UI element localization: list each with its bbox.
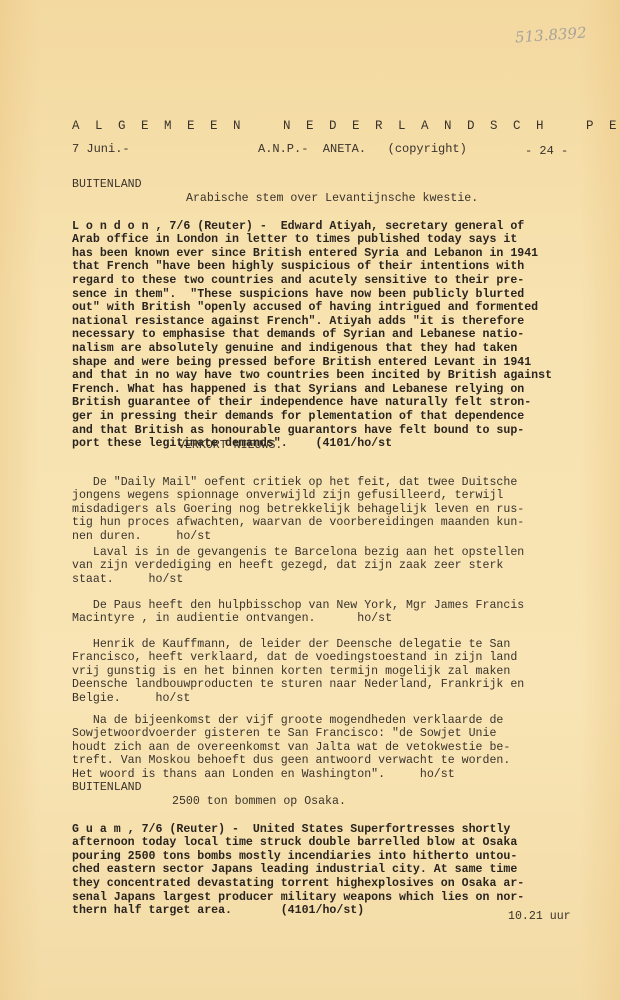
news-item-sowjet: Na de bijeenkomst der vijf groote mogend… <box>72 700 602 795</box>
text-line: Francisco, heeft verklaard, dat de voedi… <box>72 651 602 665</box>
text-line: port these legitimate demands". (4101/ho… <box>72 437 602 451</box>
text-line: afternoon today local time struck double… <box>72 836 602 850</box>
text-line: De Paus heeft den hulpbisschop van New Y… <box>72 599 602 613</box>
section-heading-buitenland-2: BUITENLAND <box>72 781 142 795</box>
text-line: pouring 2500 tons bombs mostly incendiar… <box>72 850 602 864</box>
text-line: ger in pressing their demands for plemen… <box>72 410 602 424</box>
article-title-levant: Arabische stem over Levantijnsche kwesti… <box>186 192 478 206</box>
text-line: van zijn verdediging en heeft gezegd, da… <box>72 559 602 573</box>
text-line: Het woord is thans aan Londen en Washing… <box>72 768 602 782</box>
agency-heading: A L G E M E E N N E D E R L A N D S C H … <box>72 120 620 134</box>
text-line: treft. Van Moskou behoeft dus geen antwo… <box>72 754 602 768</box>
text-line: they concentrated devastating torrent hi… <box>72 877 602 891</box>
text-line: vrij gunstig is en het binnen korten ter… <box>72 665 602 679</box>
article-body-levant: L o n d o n , 7/6 (Reuter) - Edward Atiy… <box>72 206 602 464</box>
text-line: senal Japans largest producer military w… <box>72 891 602 905</box>
text-line: L o n d o n , 7/6 (Reuter) - Edward Atiy… <box>72 220 602 234</box>
text-line: Deensche landbouwproducten te sturen naa… <box>72 678 602 692</box>
text-line: sence in them". "These suspicions have n… <box>72 288 602 302</box>
text-line: houdt zich aan de overeenkomst van Jalta… <box>72 741 602 755</box>
text-line: and that in no way have two countries be… <box>72 369 602 383</box>
text-line: that French "have been highly suspicious… <box>72 260 602 274</box>
text-line: Henrik de Kauffmann, de leider der Deens… <box>72 638 602 652</box>
article-title-osaka: 2500 ton bommen op Osaka. <box>172 795 346 809</box>
text-line: De "Daily Mail" oefent critiek op het fe… <box>72 476 602 490</box>
text-line: French. What has happened is that Syrian… <box>72 383 602 397</box>
source-line: A.N.P.- ANETA. (copyright) <box>258 143 467 157</box>
text-line: shape and were being pressed before Brit… <box>72 356 602 370</box>
text-line: regard to these two countries and acutel… <box>72 274 602 288</box>
section-heading-verkort-nieuws: VERKORT NIEUWS. <box>178 439 282 453</box>
text-line: nalism are absolutely genuine and indige… <box>72 342 602 356</box>
text-line: Sowjetwoordvoerder gisteren te San Franc… <box>72 727 602 741</box>
page-number: - 24 - <box>525 145 568 159</box>
footer-time: 10.21 uur <box>508 910 571 924</box>
text-line: necessary to emphasise that demands of S… <box>72 328 602 342</box>
text-line: Na de bijeenkomst der vijf groote mogend… <box>72 714 602 728</box>
text-line: and that British as honourable guarantor… <box>72 424 602 438</box>
bulletin-date: 7 Juni.- <box>72 143 130 157</box>
text-line: tig hun proces afwachten, waarvan de voo… <box>72 516 602 530</box>
text-line: ched eastern sector Japans leading indus… <box>72 863 602 877</box>
text-line: Arab office in London in letter to times… <box>72 233 602 247</box>
text-line: jongens wegens spionnage onverwijld zijn… <box>72 489 602 503</box>
section-heading-buitenland-1: BUITENLAND <box>72 178 142 192</box>
text-line: G u a m , 7/6 (Reuter) - United States S… <box>72 823 602 837</box>
text-line: Laval is in de gevangenis te Barcelona b… <box>72 546 602 560</box>
text-line: British guarantee of their independence … <box>72 396 602 410</box>
text-line: misdadigers als Goering nog betrekkelijk… <box>72 503 602 517</box>
text-line: national resistance against French". Ati… <box>72 315 602 329</box>
text-line: has been known ever since British entere… <box>72 247 602 261</box>
text-line: out" with British "openly accused of hav… <box>72 301 602 315</box>
